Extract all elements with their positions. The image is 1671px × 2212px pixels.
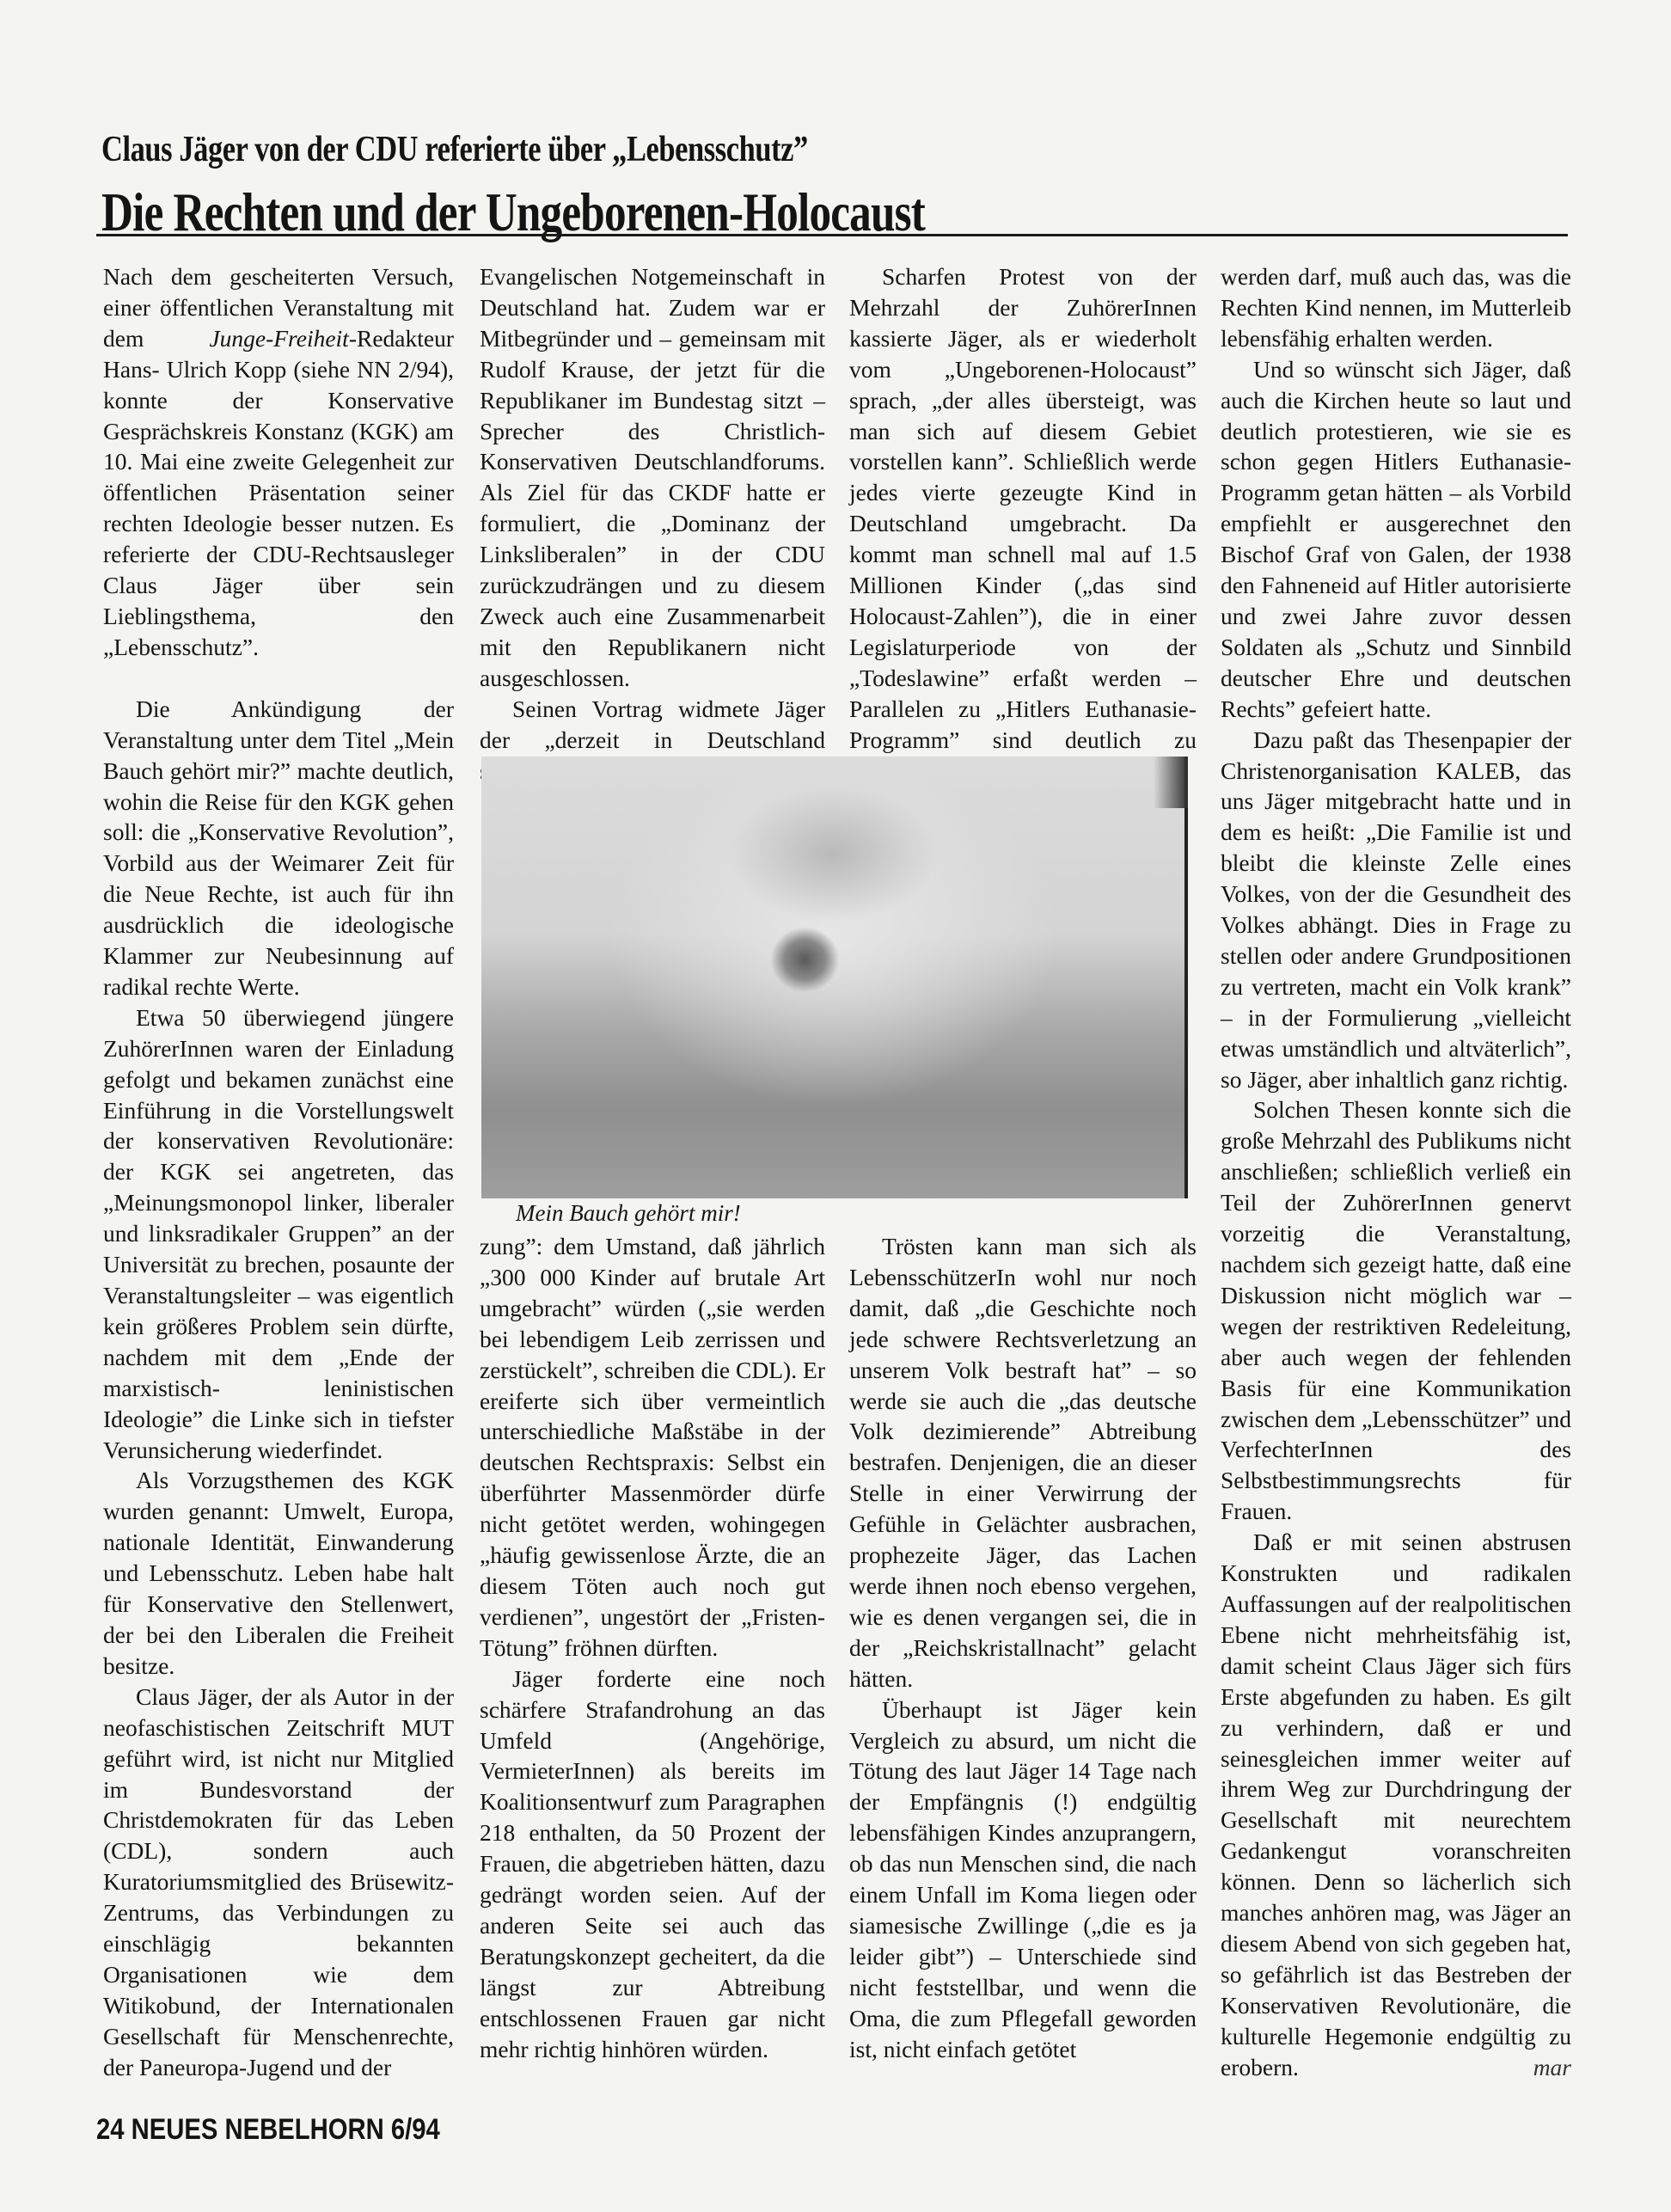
column-2-top: Evangelischen Notgemeinschaft in Deutsch… xyxy=(480,261,825,786)
column-3-top: Scharfen Protest von der Mehrzahl der Zu… xyxy=(849,261,1197,786)
paragraph: zung”: dem Umstand, daß jährlich „300 00… xyxy=(480,1231,825,1664)
column-3-bottom: Trösten kann man sich als Lebensschützer… xyxy=(849,1231,1197,2064)
column-4: werden darf, muß auch das, was die Recht… xyxy=(1221,261,1571,2082)
page-footer: 24 NEUES NEBELHORN 6/94 xyxy=(96,2113,440,2147)
paragraph: Und so wünscht sich Jäger, daß auch die … xyxy=(1221,354,1571,725)
paragraph: Überhaupt ist Jäger kein Vergleich zu ab… xyxy=(849,1694,1197,2065)
article-kicker: Claus Jäger von der CDU referierte über … xyxy=(101,129,808,170)
newspaper-page: Claus Jäger von der CDU referierte über … xyxy=(0,0,1671,2212)
paragraph: Trösten kann man sich als Lebensschützer… xyxy=(849,1231,1197,1694)
paragraph: Als Vorzugsthemen des KGK wurden genannt… xyxy=(103,1465,454,1681)
paragraph: Claus Jäger, der als Autor in der neofas… xyxy=(103,1682,454,2083)
column-1: Nach dem gescheiterten Versuch, einer öf… xyxy=(103,261,454,2083)
paragraph: werden darf, muß auch das, was die Recht… xyxy=(1221,261,1571,354)
article-photo xyxy=(481,757,1188,1198)
paragraph: Solchen Thesen konnte sich die große Meh… xyxy=(1221,1094,1571,1527)
photo-caption: Mein Bauch gehört mir! xyxy=(516,1200,741,1227)
paragraph: Scharfen Protest von der Mehrzahl der Zu… xyxy=(849,261,1197,786)
paragraph: Dazu paßt das Thesenpapier der Christeno… xyxy=(1221,725,1571,1095)
paragraph: Nach dem gescheiterten Versuch, einer öf… xyxy=(103,261,454,663)
headline-rule xyxy=(96,234,1568,236)
photo-edge-shadow xyxy=(1154,757,1188,808)
paragraph: Die Ankündigung der Veranstaltung unter … xyxy=(103,694,454,1002)
paragraph: Jäger forderte eine noch schärfere Straf… xyxy=(480,1664,825,2065)
column-2-bottom: zung”: dem Umstand, daß jährlich „300 00… xyxy=(480,1231,825,2064)
paragraph: Evangelischen Notgemeinschaft in Deutsch… xyxy=(480,261,825,694)
italic-publication-name: Junge-Freiheit xyxy=(209,325,348,352)
paragraph: Daß er mit seinen abstrusen Konstrukten … xyxy=(1221,1527,1571,2082)
author-signature: mar xyxy=(1501,2052,1571,2083)
paragraph: Etwa 50 überwiegend jüngere ZuhörerInnen… xyxy=(103,1002,454,1466)
